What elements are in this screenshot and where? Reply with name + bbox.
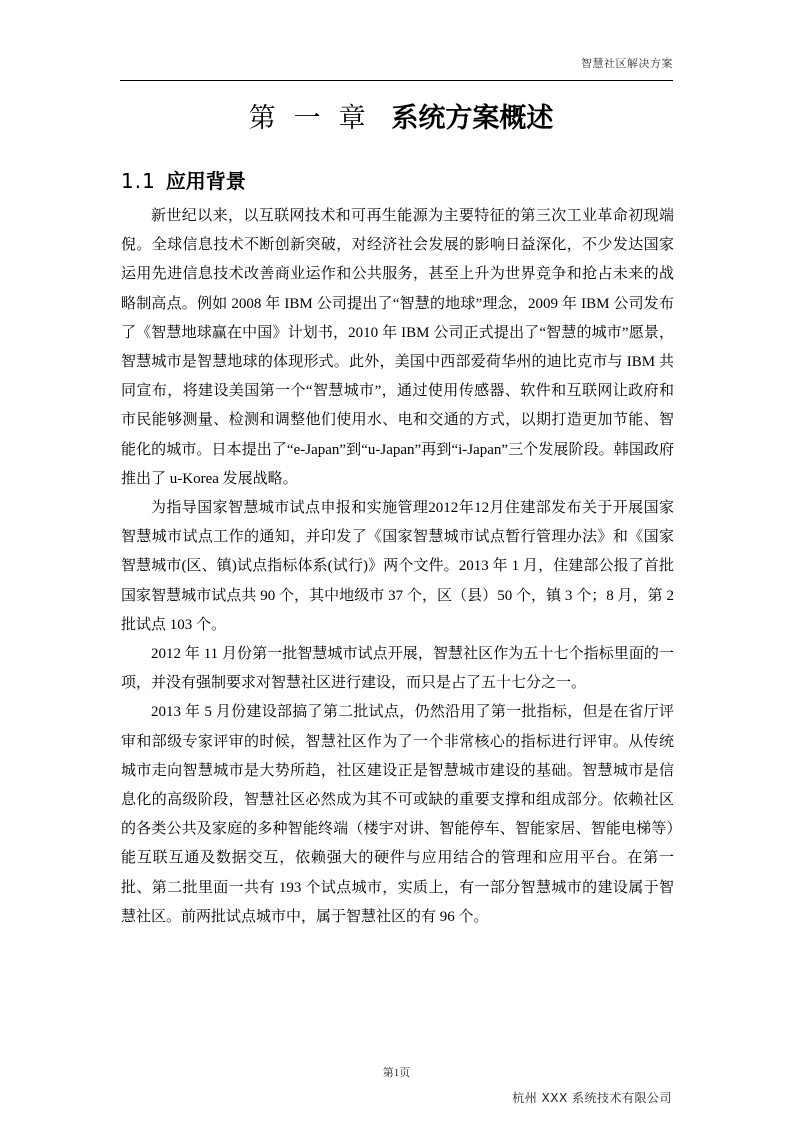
chapter-title: 第一章 系统方案概述 xyxy=(0,100,793,137)
paragraph: 新世纪以来，以互联网技术和可再生能源为主要特征的第三次工业革命初现端倪。全球信息… xyxy=(121,202,674,494)
chapter-number: 第一章 xyxy=(240,103,382,133)
chapter-ordinal: 一 xyxy=(294,103,321,133)
footer-company-name: 杭州 XXX 系统技术有限公司 xyxy=(512,1089,672,1106)
page-number: 第1页 xyxy=(0,1064,793,1080)
header-divider xyxy=(120,80,673,81)
section-title: 应用背景 xyxy=(166,169,246,193)
body-text: 新世纪以来，以互联网技术和可再生能源为主要特征的第三次工业革命初现端倪。全球信息… xyxy=(121,202,674,932)
paragraph: 2013 年 5 月份建设部搞了第二批试点，仍然沿用了第一批指标，但是在省厅评审… xyxy=(121,698,674,932)
section-heading: 1.1应用背景 xyxy=(121,167,246,196)
section-number: 1.1 xyxy=(121,169,156,193)
chapter-prefix: 第 xyxy=(249,103,276,133)
running-header-title: 智慧社区解决方案 xyxy=(581,55,673,71)
chapter-name: 系统方案概述 xyxy=(391,103,553,134)
paragraph: 为指导国家智慧城市试点申报和实施管理2012年12月住建部发布关于开展国家智慧城… xyxy=(121,494,674,640)
chapter-suffix: 章 xyxy=(339,103,366,133)
paragraph: 2012 年 11 月份第一批智慧城市试点开展，智慧社区作为五十七个指标里面的一… xyxy=(121,640,674,698)
